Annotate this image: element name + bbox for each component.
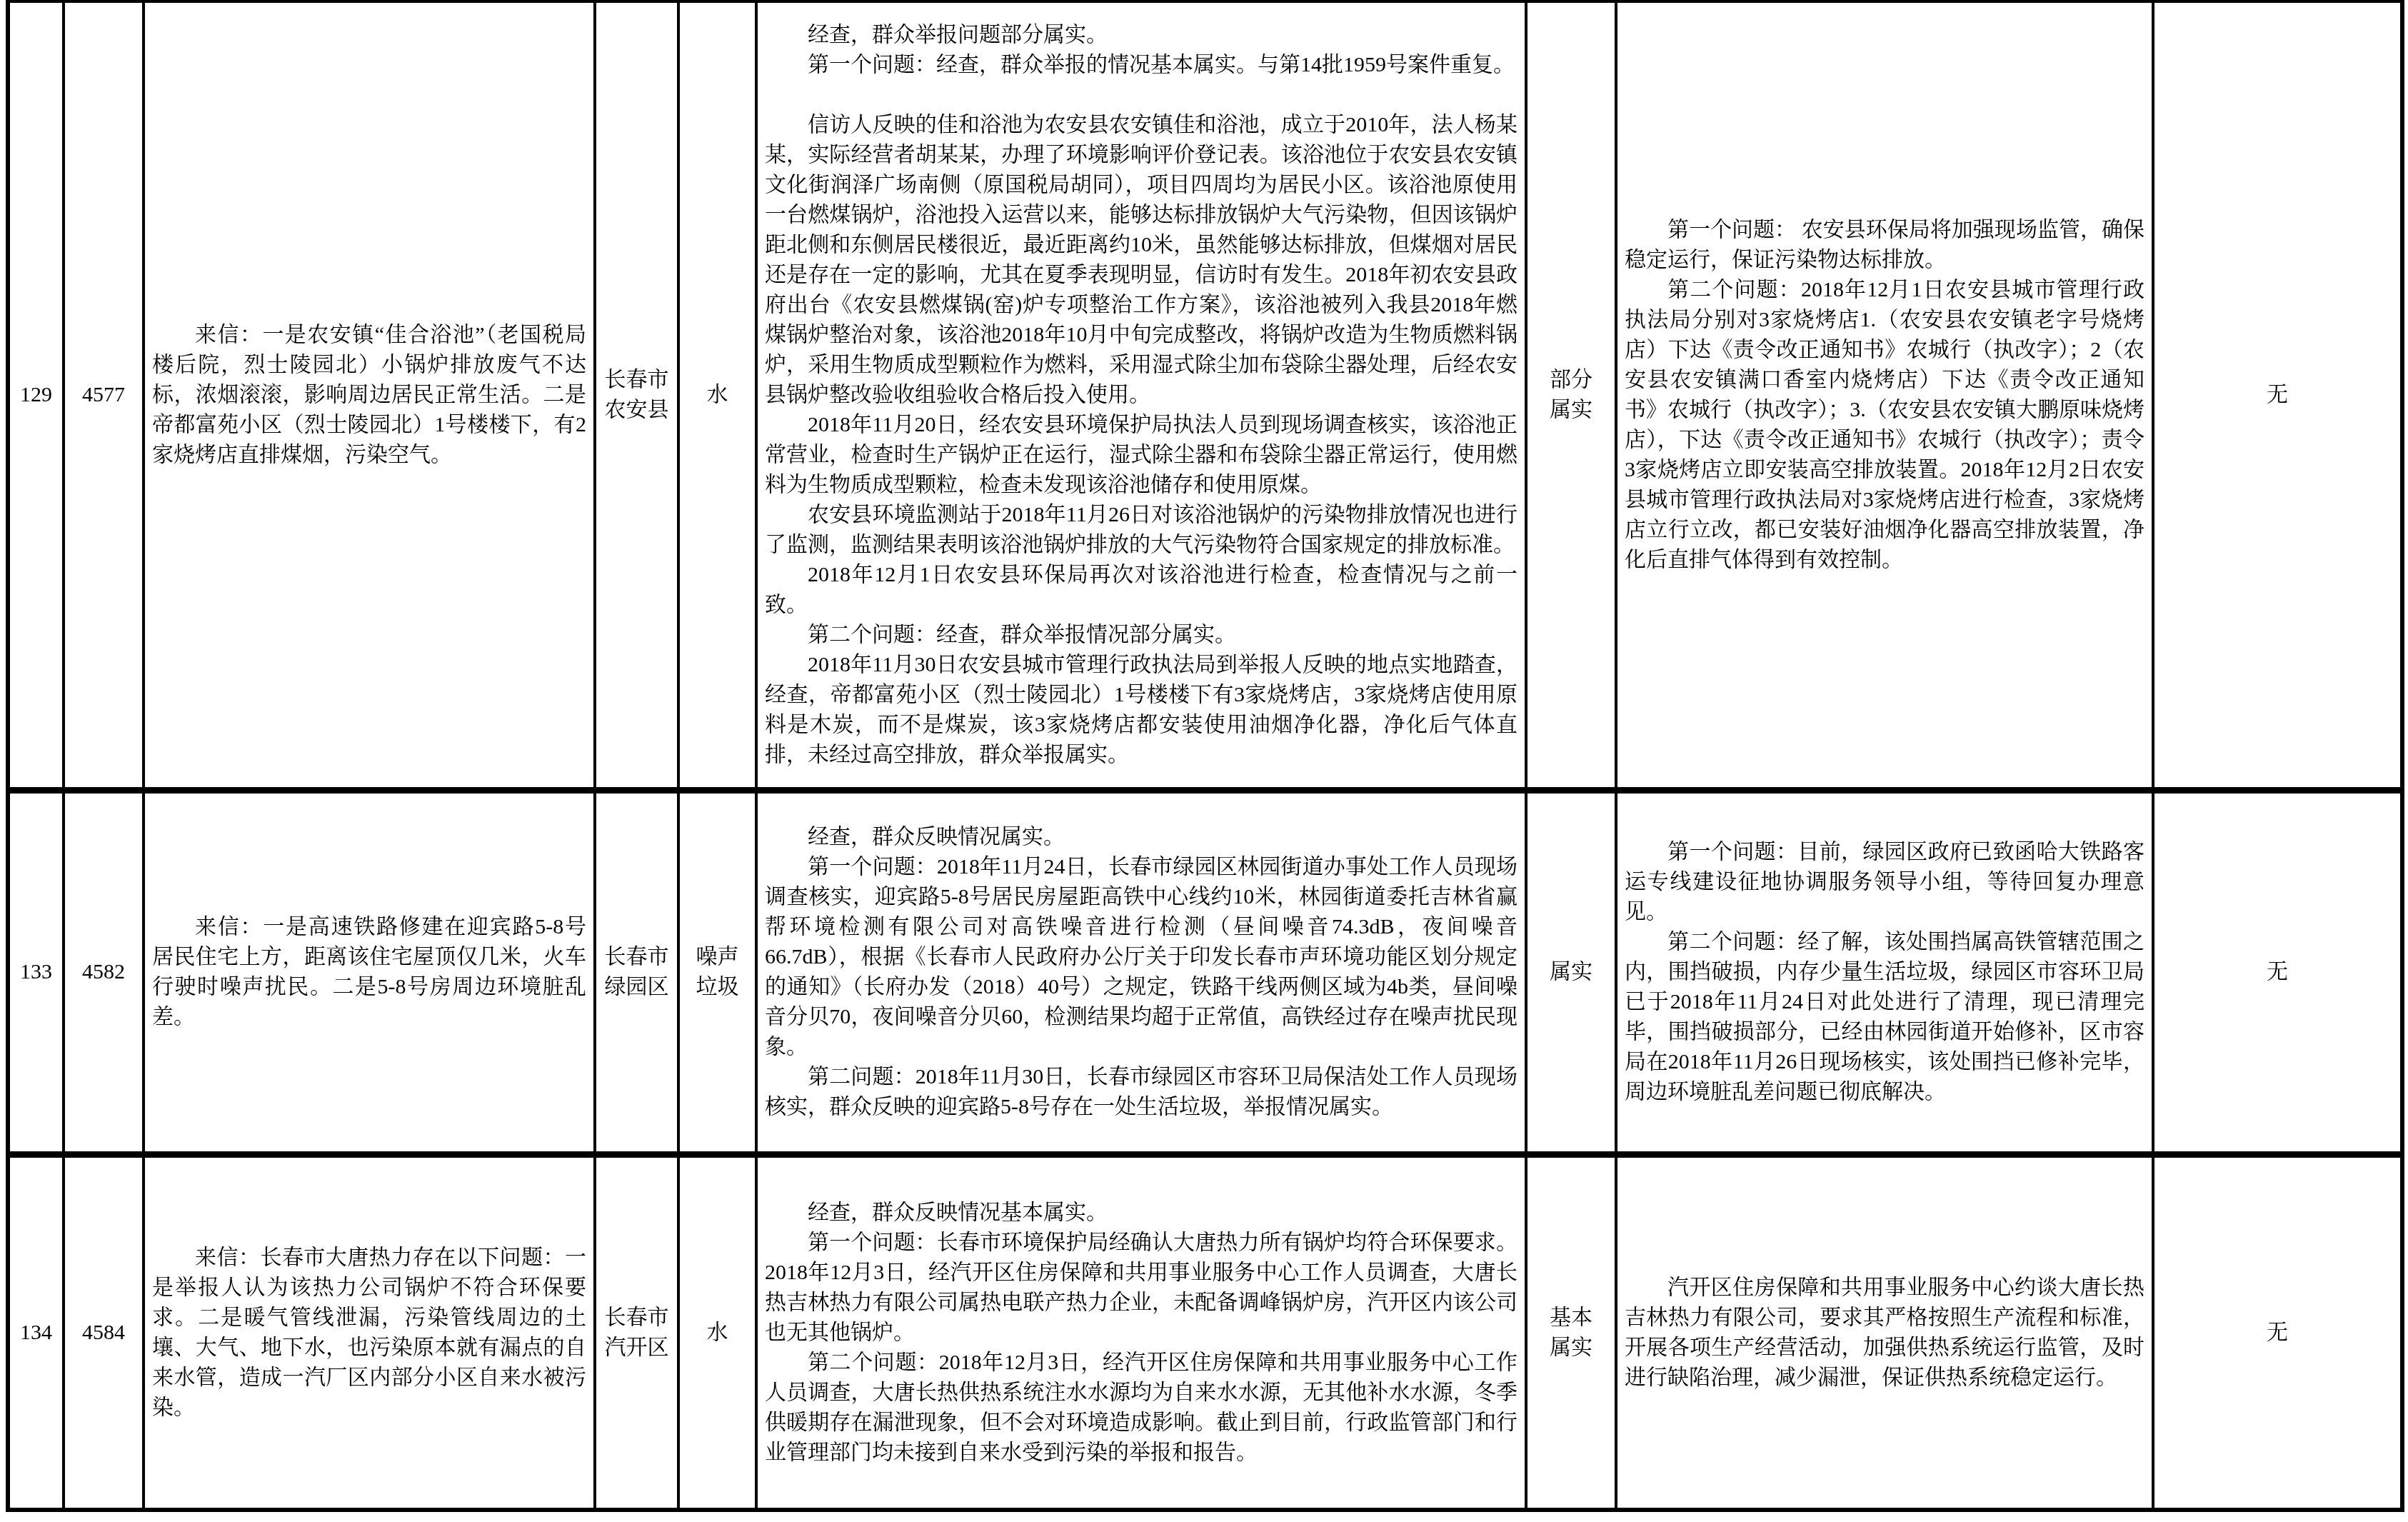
verdict-cell: 属实 <box>1526 790 1616 1154</box>
table-row: 133 4582 来信：一是高速铁路修建在迎宾路5-8号居民住宅上方，距离该住宅… <box>8 790 2402 1154</box>
investigation-cell: 经查，群众反映情况属实。第一个问题：2018年11月24日，长春市绿园区林园街道… <box>756 790 1526 1154</box>
table-row: 129 4577 来信：一是农安镇“佳合浴池”（老国税局楼后院，烈士陵园北）小锅… <box>8 1 2402 790</box>
pollution-type-cell: 水 <box>678 1154 756 1510</box>
region-cell: 长春市 农安县 <box>595 1 678 790</box>
accountability-cell: 无 <box>2153 1 2402 790</box>
complaint-cell: 来信：一是农安镇“佳合浴池”（老国税局楼后院，烈士陵园北）小锅炉排放废气不达标，… <box>144 1 595 790</box>
investigation-cell: 经查，群众反映情况基本属实。第一个问题：长春市环境保护局经确认大唐热力所有锅炉均… <box>756 1154 1526 1510</box>
table-row: 134 4584 来信：长春市大唐热力存在以下问题：一是举报人认为该热力公司锅炉… <box>8 1154 2402 1510</box>
complaint-cell: 来信：一是高速铁路修建在迎宾路5-8号居民住宅上方，距离该住宅屋顶仅几米，火车行… <box>144 790 595 1154</box>
accountability-cell: 无 <box>2153 790 2402 1154</box>
complaint-table: 129 4577 来信：一是农安镇“佳合浴池”（老国税局楼后院，烈士陵园北）小锅… <box>6 0 2404 1512</box>
row-number-cell: 134 <box>8 1154 64 1510</box>
pollution-type-cell: 噪声 垃圾 <box>678 790 756 1154</box>
region-cell: 长春市 汽开区 <box>595 1154 678 1510</box>
complaint-cell: 来信：长春市大唐热力存在以下问题：一是举报人认为该热力公司锅炉不符合环保要求。二… <box>144 1154 595 1510</box>
region-cell: 长春市 绿园区 <box>595 790 678 1154</box>
row-number-cell: 129 <box>8 1 64 790</box>
handling-cell: 第一个问题： 农安县环保局将加强现场监管，确保稳定运行，保证污染物达标排放。第二… <box>1616 1 2153 790</box>
handling-cell: 汽开区住房保障和共用事业服务中心约谈大唐长热吉林热力有限公司，要求其严格按照生产… <box>1616 1154 2153 1510</box>
pollution-type-cell: 水 <box>678 1 756 790</box>
case-number-cell: 4584 <box>64 1154 144 1510</box>
handling-cell: 第一个问题：目前，绿园区政府已致函哈大铁路客运专线建设征地协调服务领导小组，等待… <box>1616 790 2153 1154</box>
case-number-cell: 4582 <box>64 790 144 1154</box>
verdict-cell: 部分 属实 <box>1526 1 1616 790</box>
accountability-cell: 无 <box>2153 1154 2402 1510</box>
verdict-cell: 基本 属实 <box>1526 1154 1616 1510</box>
row-number-cell: 133 <box>8 790 64 1154</box>
case-number-cell: 4577 <box>64 1 144 790</box>
investigation-cell: 经查，群众举报问题部分属实。第一个问题：经查，群众举报的情况基本属实。与第14批… <box>756 1 1526 790</box>
